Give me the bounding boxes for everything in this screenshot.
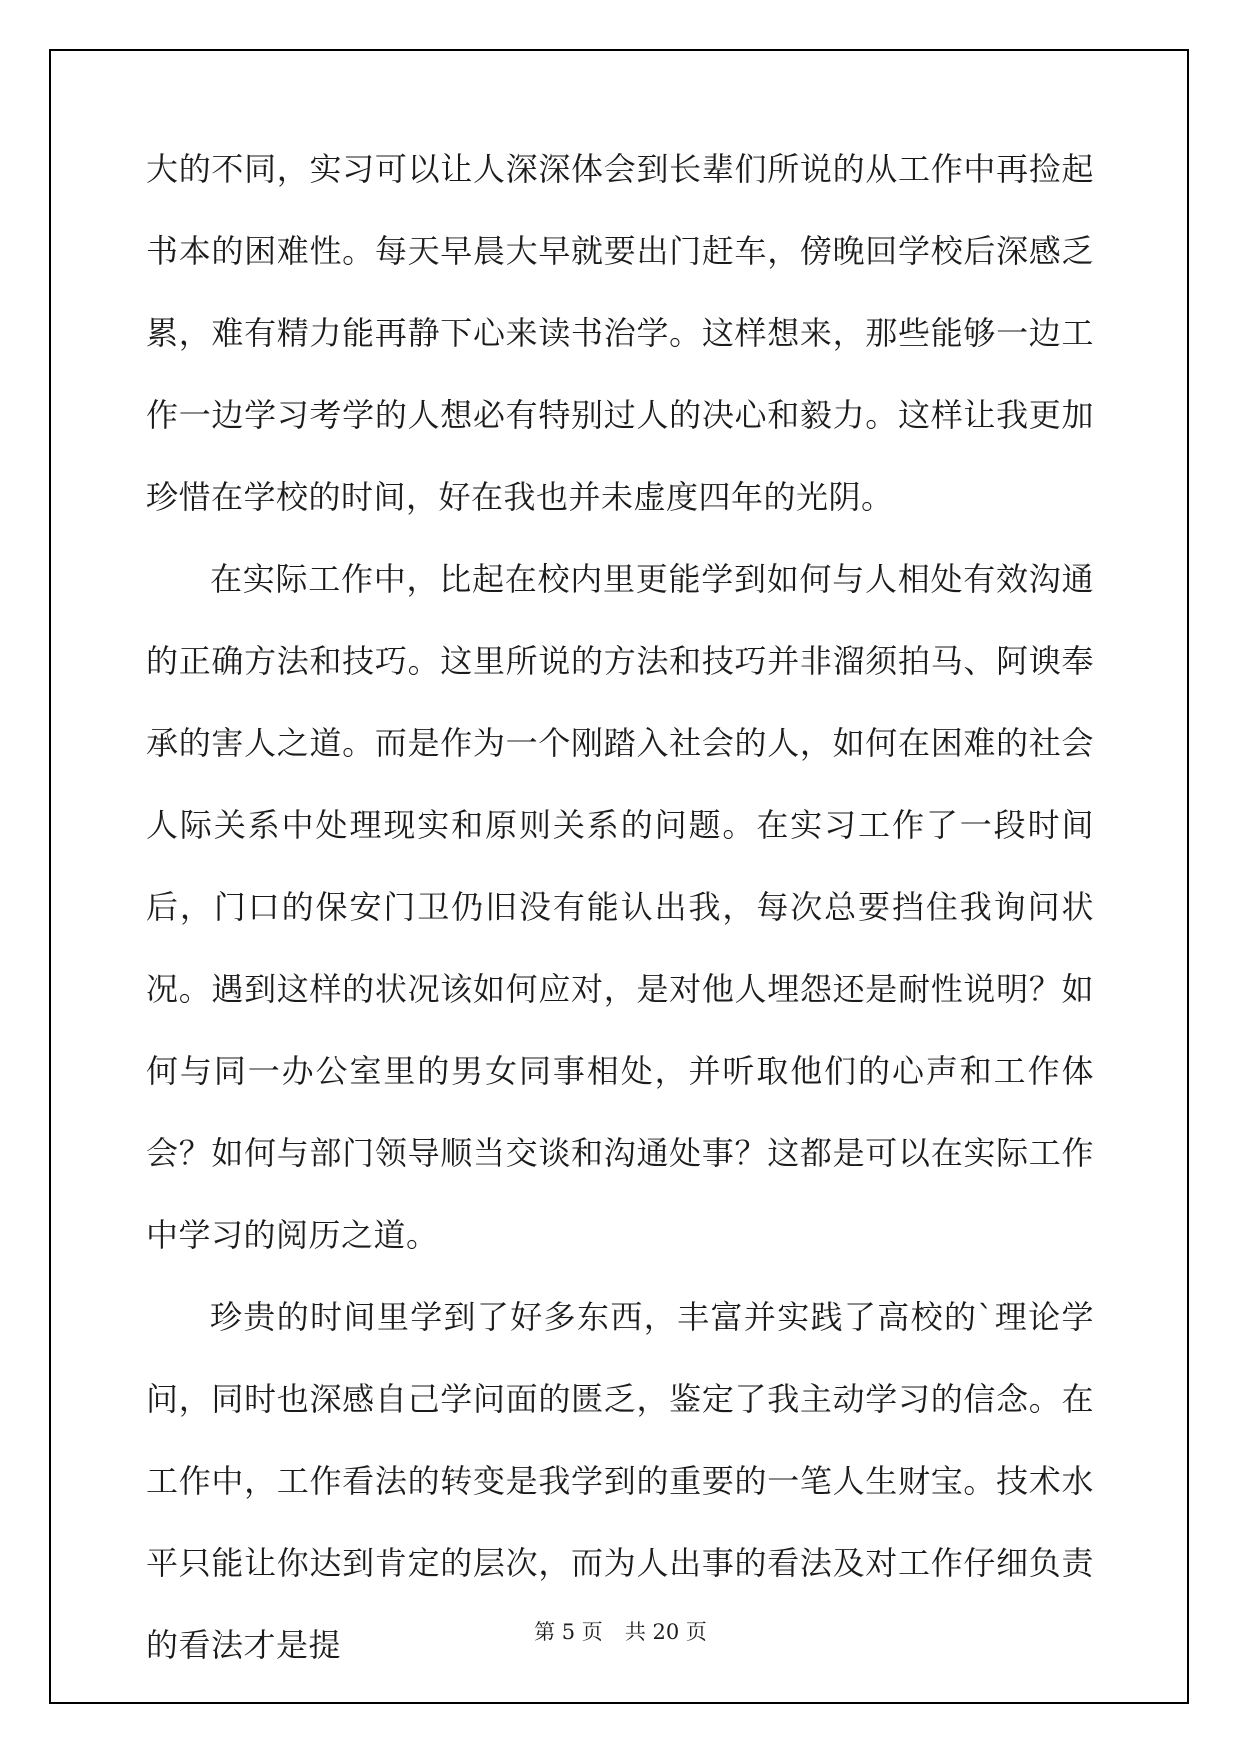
footer-total-pages: 共 20 页 [625,1620,707,1644]
footer-current-page: 第 5 页 [534,1620,603,1644]
paragraph-work-communication: 在实际工作中，比起在校内里更能学到如何与人相处有效沟通的正确方法和技巧。这里所说… [146,538,1094,1276]
document-body: 大的不同，实习可以让人深深体会到长辈们所说的从工作中再捡起书本的困难性。每天早晨… [146,128,1094,1686]
document-page: 大的不同，实习可以让人深深体会到长辈们所说的从工作中再捡起书本的困难性。每天早晨… [0,0,1241,1754]
page-footer: 第 5 页共 20 页 [0,1616,1241,1646]
paragraph-continuation: 大的不同，实习可以让人深深体会到长辈们所说的从工作中再捡起书本的困难性。每天早晨… [146,128,1094,538]
